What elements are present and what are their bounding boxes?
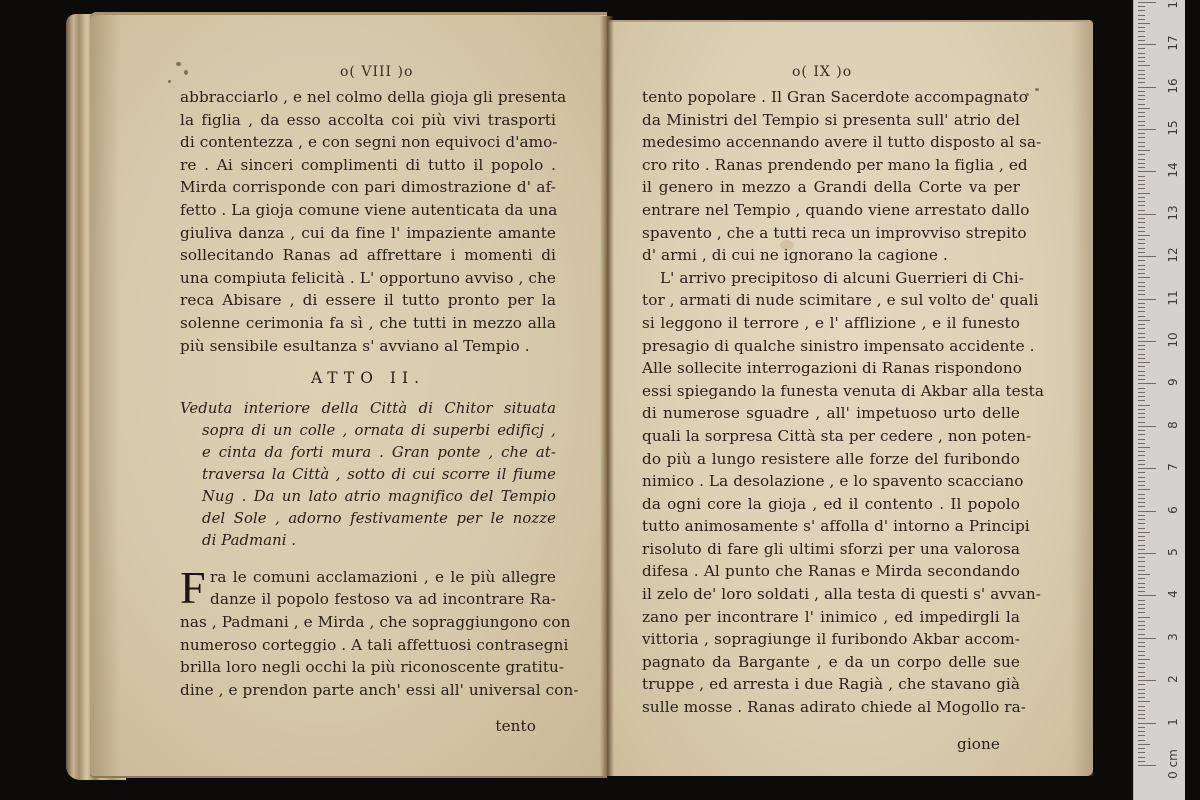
ruler-tick <box>1138 31 1145 32</box>
ruler-tick <box>1138 227 1145 228</box>
ruler-tick <box>1138 324 1145 325</box>
ruler-tick <box>1138 2 1156 3</box>
ruler-label: 13 <box>1166 198 1180 228</box>
ruler-tick <box>1138 591 1145 592</box>
text-line: risoluto di fare gli ultimi sforzi per u… <box>642 538 1020 561</box>
text-line: essi spiegando la funesta venuta di Akba… <box>642 380 1020 403</box>
text-line: pagnato da Bargante , e da un corpo dell… <box>642 651 1020 674</box>
ruler-tick <box>1138 519 1145 520</box>
catchword: gione <box>642 733 1020 756</box>
ruler-tick <box>1138 472 1145 473</box>
ruler-label: 8 <box>1166 410 1180 440</box>
ruler-tick <box>1138 320 1150 321</box>
ruler-tick <box>1138 561 1145 562</box>
ruler-tick <box>1138 57 1145 58</box>
ruler-tick <box>1138 701 1150 702</box>
ruler-tick <box>1138 663 1145 664</box>
foxing-spot <box>1035 88 1039 91</box>
ruler-tick <box>1138 163 1145 164</box>
text-line: truppe , ed arresta i due Ragià , che st… <box>642 673 1020 696</box>
ruler-tick <box>1138 260 1145 261</box>
ruler-tick <box>1138 231 1145 232</box>
measurement-ruler: 1817161514131211109876543210 cm <box>1133 0 1185 800</box>
ruler-tick <box>1138 506 1145 507</box>
ruler-tick <box>1138 201 1145 202</box>
ruler-tick <box>1138 383 1156 384</box>
ruler-tick <box>1138 108 1150 109</box>
ruler-tick <box>1138 366 1145 367</box>
ruler-tick <box>1138 642 1145 643</box>
ruler-tick <box>1138 511 1156 512</box>
ruler-tick <box>1138 439 1145 440</box>
text-line: sulle mosse . Ranas adirato chiede al Mo… <box>642 696 1020 719</box>
ruler-tick <box>1138 714 1145 715</box>
text-line: si leggono il terrore , e l' afflizione … <box>642 312 1020 335</box>
ruler-label: 11 <box>1166 283 1180 313</box>
ruler-tick <box>1138 74 1145 75</box>
ruler-tick <box>1138 485 1145 486</box>
text-line: Alle sollecite interrogazioni di Ranas r… <box>642 357 1020 380</box>
ruler-label: 0 cm <box>1166 749 1180 779</box>
ruler-label: 12 <box>1166 240 1180 270</box>
ruler-tick <box>1138 515 1145 516</box>
ruler-tick <box>1138 727 1145 728</box>
ruler-tick <box>1138 294 1145 295</box>
ruler-tick <box>1138 689 1145 690</box>
drop-cap: F <box>180 568 206 608</box>
ruler-tick <box>1138 125 1145 126</box>
text-line: giuliva danza , cui da fine l' impazient… <box>180 222 556 245</box>
ruler-tick <box>1138 6 1145 7</box>
ruler-tick <box>1138 167 1145 168</box>
ruler-tick <box>1138 536 1145 537</box>
text-line: una compiuta felicità . L' opportuno avv… <box>180 267 556 290</box>
ruler-tick <box>1138 638 1156 639</box>
text-line: il genero in mezzo a Grandi della Corte … <box>642 176 1020 199</box>
ruler-tick <box>1138 218 1145 219</box>
ruler-tick <box>1138 95 1145 96</box>
ruler-tick <box>1138 358 1145 359</box>
ruler-tick <box>1138 205 1145 206</box>
text-line: solenne cerimonia fa sì , che tutti in m… <box>180 312 556 335</box>
ruler-tick <box>1138 413 1145 414</box>
text-line: sopra di un colle , ornata di superbi ed… <box>180 420 556 442</box>
text-line: vittoria , sopragiunge il furibondo Akba… <box>642 628 1020 651</box>
ruler-tick <box>1138 604 1145 605</box>
ruler-label: 1 <box>1166 707 1180 737</box>
paragraph-gap <box>180 552 556 566</box>
ruler-tick <box>1138 532 1150 533</box>
ruler-tick <box>1138 91 1145 92</box>
text-line: danze il popolo festoso va ad incontrare… <box>180 588 556 611</box>
ruler-tick <box>1138 447 1150 448</box>
ruler-tick <box>1138 735 1145 736</box>
ruler-tick <box>1138 659 1150 660</box>
ruler-tick <box>1138 197 1145 198</box>
ruler-tick <box>1138 740 1145 741</box>
text-line: dine , e prendon parte anch' essi all' u… <box>180 679 556 702</box>
ruler-tick <box>1138 718 1145 719</box>
ruler-tick <box>1138 629 1145 630</box>
text-line: re . Ai sinceri complimenti di tutto il … <box>180 154 556 177</box>
ruler-tick <box>1138 379 1145 380</box>
ruler-tick <box>1138 566 1145 567</box>
text-line: traversa la Città , sotto di cui scorre … <box>180 464 556 486</box>
ruler-tick <box>1138 243 1145 244</box>
ruler-tick <box>1138 409 1145 410</box>
text-line: abbracciarlo , e nel colmo della gioja g… <box>180 86 556 109</box>
ruler-tick <box>1138 150 1150 151</box>
ruler-tick <box>1138 400 1145 401</box>
text-line: L' arrivo precipitoso di alcuni Guerrier… <box>642 267 1020 290</box>
text-line: d' armi , di cui ne ignorano la cagione … <box>642 244 1020 267</box>
ruler-tick <box>1138 193 1150 194</box>
ruler-tick <box>1138 706 1145 707</box>
left-page-text: abbracciarlo , e nel colmo della gioja g… <box>180 86 556 738</box>
text-line: ra le comuni acclamazioni , e le più all… <box>180 566 556 589</box>
ruler-tick <box>1138 104 1145 105</box>
ruler-tick <box>1138 337 1145 338</box>
ruler-tick <box>1138 129 1156 130</box>
ruler-tick <box>1138 133 1145 134</box>
ruler-tick <box>1138 684 1145 685</box>
ruler-tick <box>1138 214 1156 215</box>
text-line: più sensibile esultanza s' avviano al Te… <box>180 335 556 358</box>
ruler-tick <box>1138 82 1145 83</box>
ruler-label: 14 <box>1166 155 1180 185</box>
ruler-tick <box>1138 362 1150 363</box>
text-line: brilla loro negli occhi la più riconosce… <box>180 656 556 679</box>
right-folio: o( IX )o <box>792 64 852 80</box>
ruler-tick <box>1138 680 1156 681</box>
ruler-tick <box>1138 328 1145 329</box>
ruler-tick <box>1138 180 1145 181</box>
ruler-tick <box>1138 371 1145 372</box>
ruler-tick <box>1138 78 1145 79</box>
book-gutter <box>600 16 614 776</box>
text-line: tor , armati di nude scimitare , e sul v… <box>642 289 1020 312</box>
text-line: zano per incontrare l' inimico , ed impe… <box>642 606 1020 629</box>
foxing-spot <box>168 80 171 83</box>
ruler-label: 10 <box>1166 325 1180 355</box>
dropcap-paragraph: F ra le comuni acclamazioni , e le più a… <box>180 566 556 702</box>
ruler-tick <box>1138 396 1145 397</box>
text-line: tutto animosamente s' affolla d' intorno… <box>642 515 1020 538</box>
text-line: da Ministri del Tempio si presenta sull'… <box>642 109 1020 132</box>
ruler-tick <box>1138 646 1145 647</box>
ruler-label: 4 <box>1166 579 1180 609</box>
text-line: reca Abisare , di essere il tutto pronto… <box>180 289 556 312</box>
ruler-tick <box>1138 239 1145 240</box>
text-line: nas , Padmani , e Mirda , che sopraggiun… <box>180 611 556 634</box>
ruler-tick <box>1138 154 1145 155</box>
ruler-tick <box>1138 277 1150 278</box>
ruler-tick <box>1138 494 1145 495</box>
ruler-tick <box>1138 299 1156 300</box>
ruler-tick <box>1138 595 1156 596</box>
ruler-label: 5 <box>1166 537 1180 567</box>
ruler-tick <box>1138 549 1145 550</box>
right-page-text: tento popolare . Il Gran Sacerdote accom… <box>642 86 1020 755</box>
ruler-tick <box>1138 354 1145 355</box>
ruler-tick <box>1138 731 1145 732</box>
ruler-tick <box>1138 282 1145 283</box>
ruler-tick <box>1138 349 1145 350</box>
ruler-tick <box>1138 252 1145 253</box>
ruler-tick <box>1138 672 1145 673</box>
ruler-tick <box>1138 608 1145 609</box>
ruler-tick <box>1138 222 1145 223</box>
ruler-tick <box>1138 137 1145 138</box>
text-line: cro rito . Ranas prendendo per mano la f… <box>642 154 1020 177</box>
ruler-tick <box>1138 460 1145 461</box>
ruler-tick <box>1138 430 1145 431</box>
ruler-tick <box>1138 578 1145 579</box>
ruler-tick <box>1138 311 1145 312</box>
ruler-tick <box>1138 757 1145 758</box>
ruler-tick <box>1138 498 1145 499</box>
ruler-tick <box>1138 27 1145 28</box>
text-line: del Sole , adorno festivamente per le no… <box>180 508 556 530</box>
ruler-label: 18 <box>1166 0 1180 16</box>
ruler-tick <box>1138 676 1145 677</box>
ruler-tick <box>1138 667 1145 668</box>
ruler-tick <box>1138 44 1156 45</box>
ruler-tick <box>1138 481 1145 482</box>
ruler-tick <box>1138 557 1145 558</box>
ruler-tick <box>1138 61 1145 62</box>
ruler-tick <box>1138 48 1145 49</box>
ruler-tick <box>1138 142 1145 143</box>
ruler-label: 6 <box>1166 495 1180 525</box>
ruler-tick <box>1138 210 1145 211</box>
text-line: di Padmani . <box>180 530 556 552</box>
ruler-tick <box>1138 388 1145 389</box>
ruler-tick <box>1138 333 1145 334</box>
ruler-tick <box>1138 316 1145 317</box>
ruler-tick <box>1138 528 1145 529</box>
ruler-tick <box>1138 184 1145 185</box>
left-folio: o( VIII )o <box>340 64 413 80</box>
text-line: da ogni core la gioja , ed il contento .… <box>642 493 1020 516</box>
ruler-tick <box>1138 235 1150 236</box>
ruler-tick <box>1138 36 1145 37</box>
text-line: la figlia , da esso accolta coi più vivi… <box>180 109 556 132</box>
ruler-tick <box>1138 621 1145 622</box>
ruler-label: 16 <box>1166 71 1180 101</box>
foxing-spot <box>176 62 181 66</box>
text-line: il zelo de' loro soldati , alla testa di… <box>642 583 1020 606</box>
ruler-tick <box>1138 765 1156 766</box>
text-line: difesa . Al punto che Ranas e Mirda seco… <box>642 560 1020 583</box>
ruler-tick <box>1138 341 1156 342</box>
ruler-tick <box>1138 23 1150 24</box>
text-line: di contentezza , e con segni non equivoc… <box>180 131 556 154</box>
ruler-tick <box>1138 176 1145 177</box>
ruler-tick <box>1138 417 1145 418</box>
ruler-tick <box>1138 723 1156 724</box>
ruler-label: 7 <box>1166 452 1180 482</box>
ruler-tick <box>1138 19 1145 20</box>
ruler-tick <box>1138 583 1145 584</box>
ruler-label: 15 <box>1166 113 1180 143</box>
ruler-tick <box>1138 697 1145 698</box>
ruler-tick <box>1138 70 1145 71</box>
ruler-tick <box>1138 451 1145 452</box>
text-line: Veduta interiore della Città di Chitor s… <box>180 398 556 420</box>
ruler-tick <box>1138 256 1156 257</box>
ruler-tick <box>1138 600 1145 601</box>
ruler-tick <box>1138 468 1156 469</box>
ruler-tick <box>1138 710 1145 711</box>
ruler-tick <box>1138 553 1156 554</box>
ruler-tick <box>1138 523 1145 524</box>
text-line: fetto . La gioja comune viene autenticat… <box>180 199 556 222</box>
text-line: nimico . La desolazione , e lo spavento … <box>642 470 1020 493</box>
ruler-tick <box>1138 10 1145 11</box>
ruler-tick <box>1138 464 1145 465</box>
ruler-tick <box>1138 307 1145 308</box>
ruler-tick <box>1138 392 1145 393</box>
text-line: di numerose sguadre , all' impetuoso urt… <box>642 402 1020 425</box>
ruler-tick <box>1138 303 1145 304</box>
ruler-tick <box>1138 477 1145 478</box>
act-heading: ATTO II. <box>180 367 556 390</box>
ruler-tick <box>1138 625 1145 626</box>
ruler-tick <box>1138 426 1156 427</box>
ruler-tick <box>1138 422 1145 423</box>
text-line: e cinta da forti mura . Gran ponte , che… <box>180 442 556 464</box>
ruler-tick <box>1138 171 1156 172</box>
ruler-tick <box>1138 570 1145 571</box>
ruler-tick <box>1138 265 1145 266</box>
ruler-label: 2 <box>1166 664 1180 694</box>
catchword: tento <box>180 715 556 738</box>
text-line: quali la sorpresa Città sta per cedere ,… <box>642 425 1020 448</box>
scan-background: o( VIII )o abbracciarlo , e nel colmo de… <box>0 0 1200 800</box>
ruler-tick <box>1138 587 1145 588</box>
ruler-label: 17 <box>1166 28 1180 58</box>
ruler-tick <box>1138 545 1145 546</box>
text-line: tento popolare . Il Gran Sacerdote accom… <box>642 86 1020 109</box>
stage-direction: Veduta interiore della Città di Chitor s… <box>180 398 556 552</box>
ruler-tick <box>1138 744 1150 745</box>
ruler-tick <box>1138 489 1150 490</box>
ruler-tick <box>1138 345 1145 346</box>
ruler-tick <box>1138 761 1145 762</box>
ruler-tick <box>1138 434 1145 435</box>
ruler-tick <box>1138 53 1145 54</box>
ruler-tick <box>1138 651 1145 652</box>
ruler-tick <box>1138 188 1145 189</box>
ruler-tick <box>1138 116 1145 117</box>
ruler-tick <box>1138 540 1145 541</box>
ruler-tick <box>1138 65 1150 66</box>
ruler-tick <box>1138 290 1145 291</box>
ruler-tick <box>1138 612 1145 613</box>
ruler-label: 3 <box>1166 622 1180 652</box>
ruler-tick <box>1138 273 1145 274</box>
text-line: Nug . Da un lato atrio magnifico del Tem… <box>180 486 556 508</box>
ruler-tick <box>1138 455 1145 456</box>
text-line: presagio di qualche sinistro impensato a… <box>642 335 1020 358</box>
ruler-tick <box>1138 121 1145 122</box>
ruler-tick <box>1138 146 1145 147</box>
ruler-tick <box>1138 40 1145 41</box>
ruler-tick <box>1138 634 1145 635</box>
ruler-tick <box>1138 405 1150 406</box>
text-line: Mirda corrisponde con pari dimostrazione… <box>180 176 556 199</box>
text-line: medesimo accennando avere il tutto dispo… <box>642 131 1020 154</box>
ruler-tick <box>1138 443 1145 444</box>
ruler-tick <box>1138 693 1145 694</box>
ruler-tick <box>1138 286 1145 287</box>
ruler-tick <box>1138 375 1145 376</box>
ruler-tick <box>1138 655 1145 656</box>
ruler-tick <box>1138 99 1145 100</box>
ruler-tick <box>1138 159 1145 160</box>
ruler-tick <box>1138 748 1145 749</box>
ruler-tick <box>1138 502 1145 503</box>
ruler-tick <box>1138 617 1150 618</box>
ruler-tick <box>1138 87 1156 88</box>
ruler-tick <box>1138 269 1145 270</box>
ruler-tick <box>1138 574 1150 575</box>
text-line: do più a lungo resistere alle forze del … <box>642 448 1020 471</box>
text-line: sollecitando Ranas ad affrettare i momen… <box>180 244 556 267</box>
ruler-tick <box>1138 248 1145 249</box>
text-line: spavento , che a tutti reca un improvvis… <box>642 222 1020 245</box>
ruler-tick <box>1138 752 1145 753</box>
foxing-spot <box>184 70 188 75</box>
ruler-tick <box>1138 112 1145 113</box>
ruler-label: 9 <box>1166 367 1180 397</box>
text-line: numeroso corteggio . A tali affettuosi c… <box>180 634 556 657</box>
text-line: entrare nel Tempio , quando viene arrest… <box>642 199 1020 222</box>
ruler-tick <box>1138 15 1145 16</box>
